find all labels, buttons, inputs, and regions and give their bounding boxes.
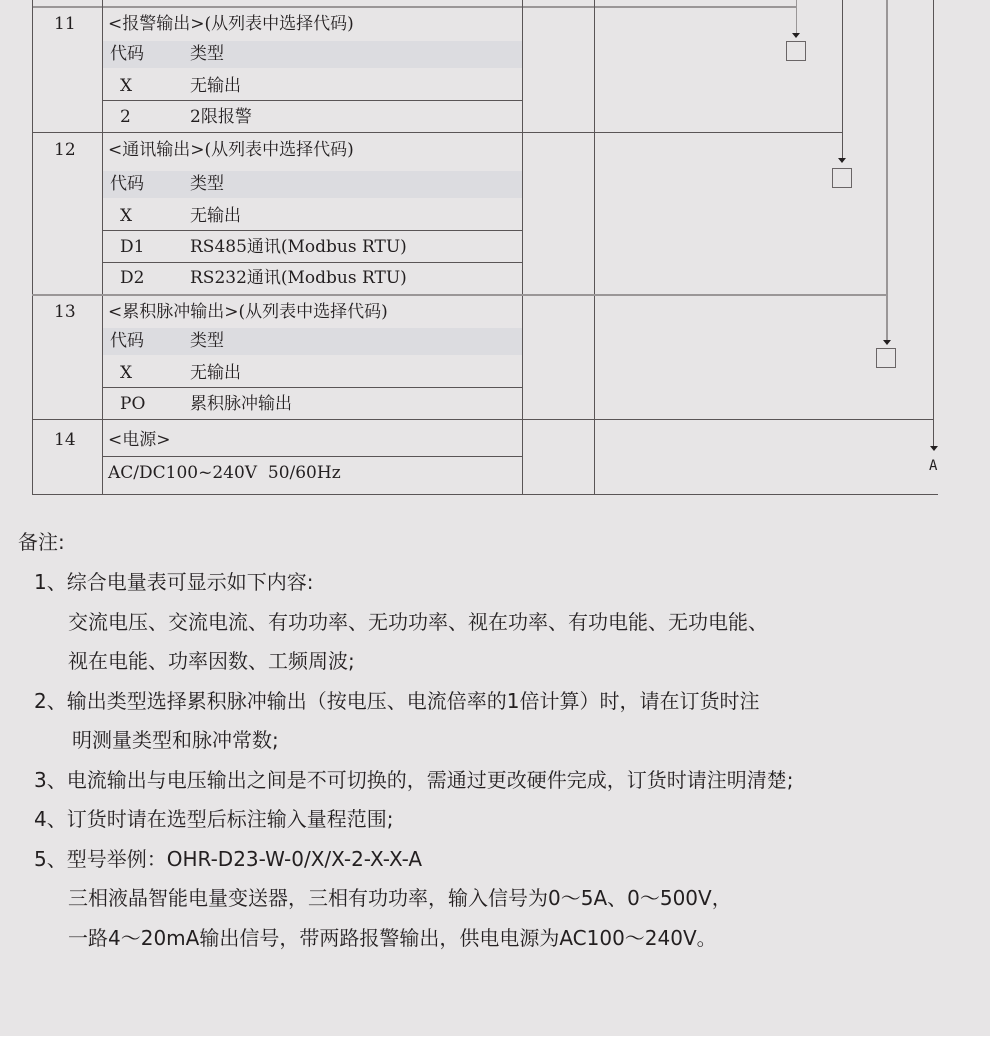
connector-line <box>933 0 934 447</box>
row-title: <电源> <box>108 430 171 450</box>
note-5-line-3: 一路4～20mA输出信号，带两路报警输出，供电电源为AC100～240V。 <box>68 922 717 951</box>
option-type: 无输出 <box>190 363 241 383</box>
option-type: 2限报警 <box>190 107 252 127</box>
subheader-code: 代码 <box>110 174 144 194</box>
note-3-line-1: 3、电流输出与电压输出之间是不可切换的，需通过更改硬件完成，订货时请注明清楚; <box>34 764 793 793</box>
subheader-bg <box>103 41 522 68</box>
code-box <box>832 168 852 188</box>
option-type: RS232通讯(Modbus RTU) <box>190 268 407 288</box>
row-separator <box>32 294 887 296</box>
option-separator <box>102 100 522 101</box>
note-5-line-2: 三相液晶智能电量变送器，三相有功功率，输入信号为0～5A、0～500V， <box>68 882 732 911</box>
arrow-down-icon <box>930 446 938 451</box>
note-1-line-2: 交流电压、交流电流、有功功率、无功功率、视在功率、有功电能、无功电能、 <box>68 606 768 635</box>
row-number: 13 <box>54 302 76 322</box>
spec-page: A 11 <报警输出>(从列表中选择代码) 代码 类型 X 无输出 2 2限报警… <box>0 0 990 1036</box>
option-type: 累积脉冲输出 <box>190 394 292 414</box>
note-4-line-1: 4、订货时请在选型后标注输入量程范围; <box>34 803 393 832</box>
option-code: X <box>120 206 132 226</box>
row-number: 14 <box>54 430 76 450</box>
subheader-type: 类型 <box>190 331 224 351</box>
row-title: <累积脉冲输出>(从列表中选择代码) <box>108 302 388 322</box>
notes-heading: 备注: <box>18 526 65 555</box>
code-box <box>876 348 896 368</box>
power-code-label: A <box>929 458 937 474</box>
connector-line <box>796 0 797 34</box>
option-code: D1 <box>120 237 144 257</box>
note-2-line-1: 2、输出类型选择累积脉冲输出（按电压、电流倍率的1倍计算）时，请在订货时注 <box>34 685 759 714</box>
code-box <box>786 41 806 61</box>
option-type: 无输出 <box>190 206 241 226</box>
connector-line <box>886 0 888 340</box>
subheader-type: 类型 <box>190 44 224 64</box>
table-rule <box>32 6 797 8</box>
subheader-code: 代码 <box>110 44 144 64</box>
option-code: PO <box>120 394 145 414</box>
option-code: X <box>120 363 132 383</box>
option-separator <box>102 387 522 388</box>
option-code: X <box>120 76 132 96</box>
subheader-code: 代码 <box>110 331 144 351</box>
option-type: 无输出 <box>190 76 241 96</box>
note-5-line-1: 5、型号举例：OHR-D23-W-0/X/X-2-X-X-A <box>34 843 422 872</box>
option-code: 2 <box>120 107 131 127</box>
table-border-bottom <box>32 494 938 495</box>
subheader-type: 类型 <box>190 174 224 194</box>
note-1-line-3: 视在电能、功率因数、工频周波; <box>68 645 355 674</box>
power-spec-value: AC/DC100~240V 50/60Hz <box>108 463 341 483</box>
subheader-bg <box>103 171 522 198</box>
row-separator <box>32 132 843 133</box>
row-number: 12 <box>54 140 76 160</box>
arrow-down-icon <box>838 158 846 163</box>
option-code: D2 <box>120 268 144 288</box>
note-1-line-1: 1、综合电量表可显示如下内容: <box>34 566 313 595</box>
row-title: <报警输出>(从列表中选择代码) <box>108 14 354 34</box>
note-2-line-2: 明测量类型和脉冲常数; <box>72 724 279 753</box>
arrow-down-icon <box>883 340 891 345</box>
option-separator <box>102 262 522 263</box>
option-separator <box>102 230 522 231</box>
option-type: RS485通讯(Modbus RTU) <box>190 237 407 257</box>
row-title: <通讯输出>(从列表中选择代码) <box>108 140 354 160</box>
arrow-down-icon <box>792 33 800 38</box>
option-separator <box>102 456 522 457</box>
subheader-bg <box>103 328 522 355</box>
connector-line <box>842 0 843 160</box>
row-separator <box>32 419 934 420</box>
row-number: 11 <box>54 14 76 34</box>
